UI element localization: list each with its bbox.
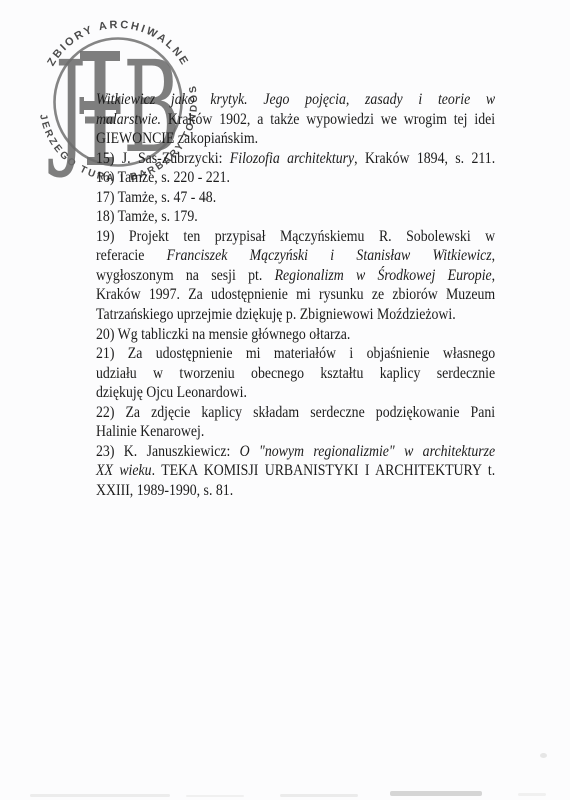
text-line: Tatrzańskiego uprzejmie dziękuję p. Zbig… [96, 305, 495, 325]
text-segment: udziału w tworzeniu obecnego kształtu ka… [96, 365, 495, 382]
document-text: Witkiewicz jako krytyk. Jego pojęcia, za… [96, 90, 495, 500]
text-segment: 16) Tamże, s. 220 - 221. [96, 169, 230, 186]
text-segment: XXIII, 1989-1990, s. 81. [96, 482, 233, 499]
text-segment: 17) Tamże, s. 47 - 48. [96, 189, 216, 206]
text-segment: 19) Projekt ten przypisał Mączyńskiemu R… [96, 228, 495, 245]
text-line: referacie Franciszek Mączyński i Stanisł… [96, 246, 495, 266]
scan-smudge [390, 791, 482, 796]
text-line: 23) K. Januszkiewicz: O "nowym regionali… [96, 442, 495, 462]
text-line: wygłoszonym na sesji pt. Regionalizm w Ś… [96, 266, 495, 286]
text-line: 17) Tamże, s. 47 - 48. [96, 188, 495, 208]
text-line: 15) J. Sas-Zubrzycki: Filozofia architek… [96, 149, 495, 169]
text-segment: 20) Wg tabliczki na mensie głównego ołta… [96, 326, 350, 343]
text-line: GIEWONCIE zakopiańskim. [96, 129, 495, 149]
text-line: 16) Tamże, s. 220 - 221. [96, 168, 495, 188]
text-line: Halinie Kenarowej. [96, 422, 495, 442]
text-line: Kraków 1997. Za udostępnienie mi rysunku… [96, 285, 495, 305]
text-segment: 18) Tamże, s. 179. [96, 208, 198, 225]
scan-smudge [30, 794, 170, 797]
text-segment: . TEKA KOMISJI URBANISTYKI I ARCHITEKTUR… [152, 462, 496, 479]
scan-speck [540, 753, 547, 758]
text-line: malarstwie. Kraków 1902, a także wypowie… [96, 110, 495, 130]
text-line: 22) Za zdjęcie kaplicy składam serdeczne… [96, 403, 495, 423]
text-segment: , [492, 247, 495, 264]
text-line: Witkiewicz jako krytyk. Jego pojęcia, za… [96, 90, 495, 110]
text-line: dziękuję Ojcu Leonardowi. [96, 383, 495, 403]
text-segment: Kraków 1902, a także wypowiedzi we wrogi… [161, 111, 495, 128]
text-line: XX wieku. TEKA KOMISJI URBANISTYKI I ARC… [96, 461, 495, 481]
italic-text-segment: Filozofia architektury [230, 150, 354, 167]
scanned-document-page: ZBIORY ARCHIWALNE JERZEGO TURA I BARBARY… [0, 0, 570, 800]
italic-text-segment: malarstwie. [96, 111, 161, 128]
text-segment: Kraków 1997. Za udostępnienie mi rysunku… [96, 286, 495, 303]
italic-text-segment: Regionalizm w Środkowej Europie [275, 267, 492, 284]
italic-text-segment: XX wieku [96, 462, 152, 479]
text-segment: 23) K. Januszkiewicz: [96, 443, 240, 460]
text-line: XXIII, 1989-1990, s. 81. [96, 481, 495, 501]
text-segment: Tatrzańskiego uprzejmie dziękuję p. Zbig… [96, 306, 456, 323]
text-line: 19) Projekt ten przypisał Mączyńskiemu R… [96, 227, 495, 247]
italic-text-segment: Franciszek Mączyński i Stanisław Witkiew… [167, 247, 492, 264]
text-segment: , [492, 267, 495, 284]
text-line: 21) Za udostępnienie mi materiałów i obj… [96, 344, 495, 364]
text-segment: wygłoszonym na sesji pt. [96, 267, 275, 284]
text-segment: 15) J. Sas-Zubrzycki: [96, 150, 230, 167]
scan-smudge [186, 795, 244, 797]
italic-text-segment: Witkiewicz jako krytyk. Jego pojęcia, za… [96, 91, 495, 108]
text-segment: 22) Za zdjęcie kaplicy składam serdeczne… [96, 404, 495, 421]
text-segment: Halinie Kenarowej. [96, 423, 204, 440]
text-line: 20) Wg tabliczki na mensie głównego ołta… [96, 325, 495, 345]
italic-text-segment: O "nowym regionalizmie" w architekturze [240, 443, 495, 460]
scan-smudge [280, 794, 358, 797]
text-line: 18) Tamże, s. 179. [96, 207, 495, 227]
text-segment: GIEWONCIE zakopiańskim. [96, 130, 258, 147]
text-segment: , Kraków 1894, s. 211. [354, 150, 495, 167]
text-segment: 21) Za udostępnienie mi materiałów i obj… [96, 345, 495, 362]
text-segment: dziękuję Ojcu Leonardowi. [96, 384, 247, 401]
text-segment: referacie [96, 247, 167, 264]
text-line: udziału w tworzeniu obecnego kształtu ka… [96, 364, 495, 384]
scan-smudge [518, 793, 546, 796]
